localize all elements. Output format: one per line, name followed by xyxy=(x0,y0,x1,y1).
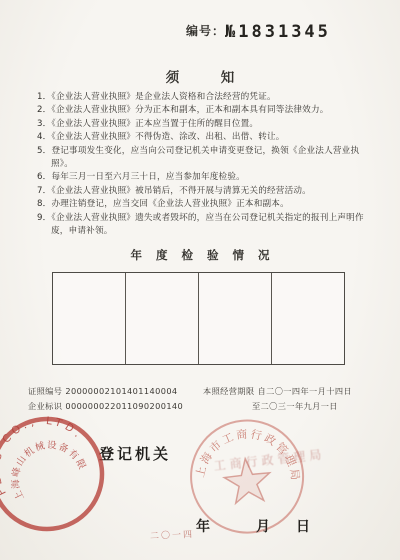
annual-table-cell xyxy=(53,273,125,364)
svg-text:上海峰山机械设备有限公司: 上海峰山机械设备有限公司 xyxy=(0,395,89,517)
star-icon xyxy=(223,456,273,504)
svg-text:上海市工商行政管理局: 上海市工商行政管理局 xyxy=(188,422,302,494)
notice-list: 1．《企业法人营业执照》是企业法人资格和合法经营的凭证。 2．《企业法人营业执照… xyxy=(37,91,370,238)
annual-inspection-table xyxy=(52,272,345,365)
date-month-label: 月 xyxy=(256,516,270,536)
annual-table-cell xyxy=(271,273,344,364)
license-notice-page: 编号：№1831345 须 知 1．《企业法人营业执照》是企业法人资格和合法经营… xyxy=(0,0,400,560)
serial-label: 编号： xyxy=(186,24,225,38)
company-seal-chinese-arc: 上海峰山机械设备有限公司 xyxy=(0,395,89,517)
notice-item: 8．办理注销登记，应当交回《企业法人营业执照》正本和副本。 xyxy=(37,198,370,211)
authority-seal-overlay-text: 工商行政管理局 xyxy=(213,446,326,473)
company-seal-stamp: FENG CO., LTD. 上海峰山机械设备有限公司 xyxy=(0,393,128,555)
notice-item: 6．每年三月一日至六月三十日，应当参加年度检验。 xyxy=(37,171,370,184)
authority-seal-arc-text: 上海市工商行政管理局 xyxy=(188,422,302,494)
annual-inspection-title: 年 度 检 验 情 况 xyxy=(0,247,400,263)
date-year-label: 年 xyxy=(196,516,210,536)
notice-title: 须 知 xyxy=(0,66,400,86)
enterprise-id-line: 企业标识 000000022011090200140 xyxy=(28,401,183,412)
validity-period-line1: 本照经营期限 自二〇一四年一月十四日 xyxy=(203,386,352,397)
notice-item: 2．《企业法人营业执照》分为正本和副本，正本和副本具有同等法律效力。 xyxy=(37,104,370,117)
annual-table-cell xyxy=(198,273,271,364)
serial-number: №1831345 xyxy=(225,22,331,42)
notice-item: 1．《企业法人营业执照》是企业法人资格和合法经营的凭证。 xyxy=(37,91,370,104)
notice-item: 4．《企业法人营业执照》不得伪造、涂改、出租、出借、转让。 xyxy=(37,131,370,144)
license-number-line: 证照编号 20000002101401140004 xyxy=(28,386,178,397)
notice-item: 5．登记事项发生变化，应当向公司登记机关申请变更登记，换领《企业法人营业执照》。 xyxy=(37,145,370,172)
company-seal-ring xyxy=(0,400,121,549)
notice-item: 3．《企业法人营业执照》正本应当置于住所的醒目位置。 xyxy=(37,118,370,131)
notice-item: 7．《企业法人营业执照》被吊销后，不得开展与清算无关的经营活动。 xyxy=(37,185,370,198)
annual-table-cell xyxy=(125,273,198,364)
date-day-label: 日 xyxy=(296,516,310,536)
validity-period-line2: 至二〇三一年九月一日 xyxy=(252,401,338,412)
stamp-year-date: 二〇一四 xyxy=(150,527,194,542)
notice-item: 9．《企业法人营业执照》遗失或者毁坏的，应当在公司登记机关指定的报刊上声明作废，… xyxy=(37,212,370,239)
serial-number-line: 编号：№1831345 xyxy=(186,22,331,42)
registry-authority-label: 登记机关 xyxy=(99,443,171,464)
